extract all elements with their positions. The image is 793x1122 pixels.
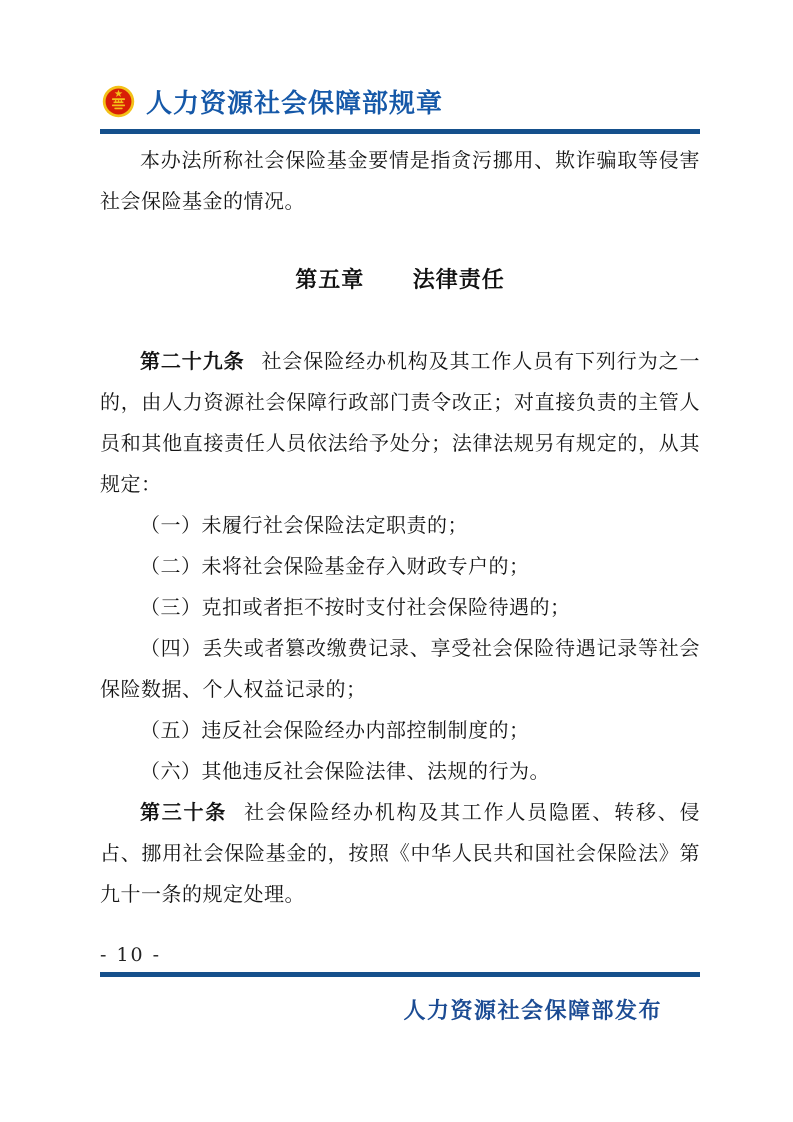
article-30-term: 第三十条 [140, 802, 227, 824]
article-29-item-6: （六）其他违反社会保险法律、法规的行为。 [100, 752, 700, 793]
article-30-paragraph: 第三十条社会保险经办机构及其工作人员隐匿、转移、侵占、挪用社会保险基金的，按照《… [100, 793, 700, 916]
footer-publisher: 人力资源社会保障部发布 [100, 994, 700, 1025]
page-header: 人力资源社会保障部规章 [100, 82, 700, 120]
chapter-title: 法律责任 [413, 267, 505, 292]
intro-paragraph: 本办法所称社会保险基金要情是指贪污挪用、欺诈骗取等侵害社会保险基金的情况。 [100, 141, 700, 223]
article-29-term: 第二十九条 [140, 351, 245, 373]
chapter-heading: 第五章法律责任 [100, 263, 700, 294]
document-body: 本办法所称社会保险基金要情是指贪污挪用、欺诈骗取等侵害社会保险基金的情况。 第五… [100, 141, 700, 916]
header-rule [100, 129, 700, 134]
article-29-item-2: （二）未将社会保险基金存入财政专户的； [100, 547, 700, 588]
national-emblem-icon [100, 83, 137, 120]
article-29-item-1: （一）未履行社会保险法定职责的； [100, 506, 700, 547]
article-29-item-5: （五）违反社会保险经办内部控制制度的； [100, 711, 700, 752]
page-number: - 10 - [100, 944, 700, 966]
chapter-number: 第五章 [295, 267, 364, 292]
article-29-paragraph: 第二十九条社会保险经办机构及其工作人员有下列行为之一的，由人力资源社会保障行政部… [100, 342, 700, 506]
footer-rule [100, 972, 700, 977]
document-page: 人力资源社会保障部规章 本办法所称社会保险基金要情是指贪污挪用、欺诈骗取等侵害社… [0, 0, 793, 1122]
article-29-item-3: （三）克扣或者拒不按时支付社会保险待遇的； [100, 588, 700, 629]
article-29-item-4: （四）丢失或者篡改缴费记录、享受社会保险待遇记录等社会保险数据、个人权益记录的； [100, 629, 700, 711]
header-title: 人力资源社会保障部规章 [146, 83, 443, 120]
